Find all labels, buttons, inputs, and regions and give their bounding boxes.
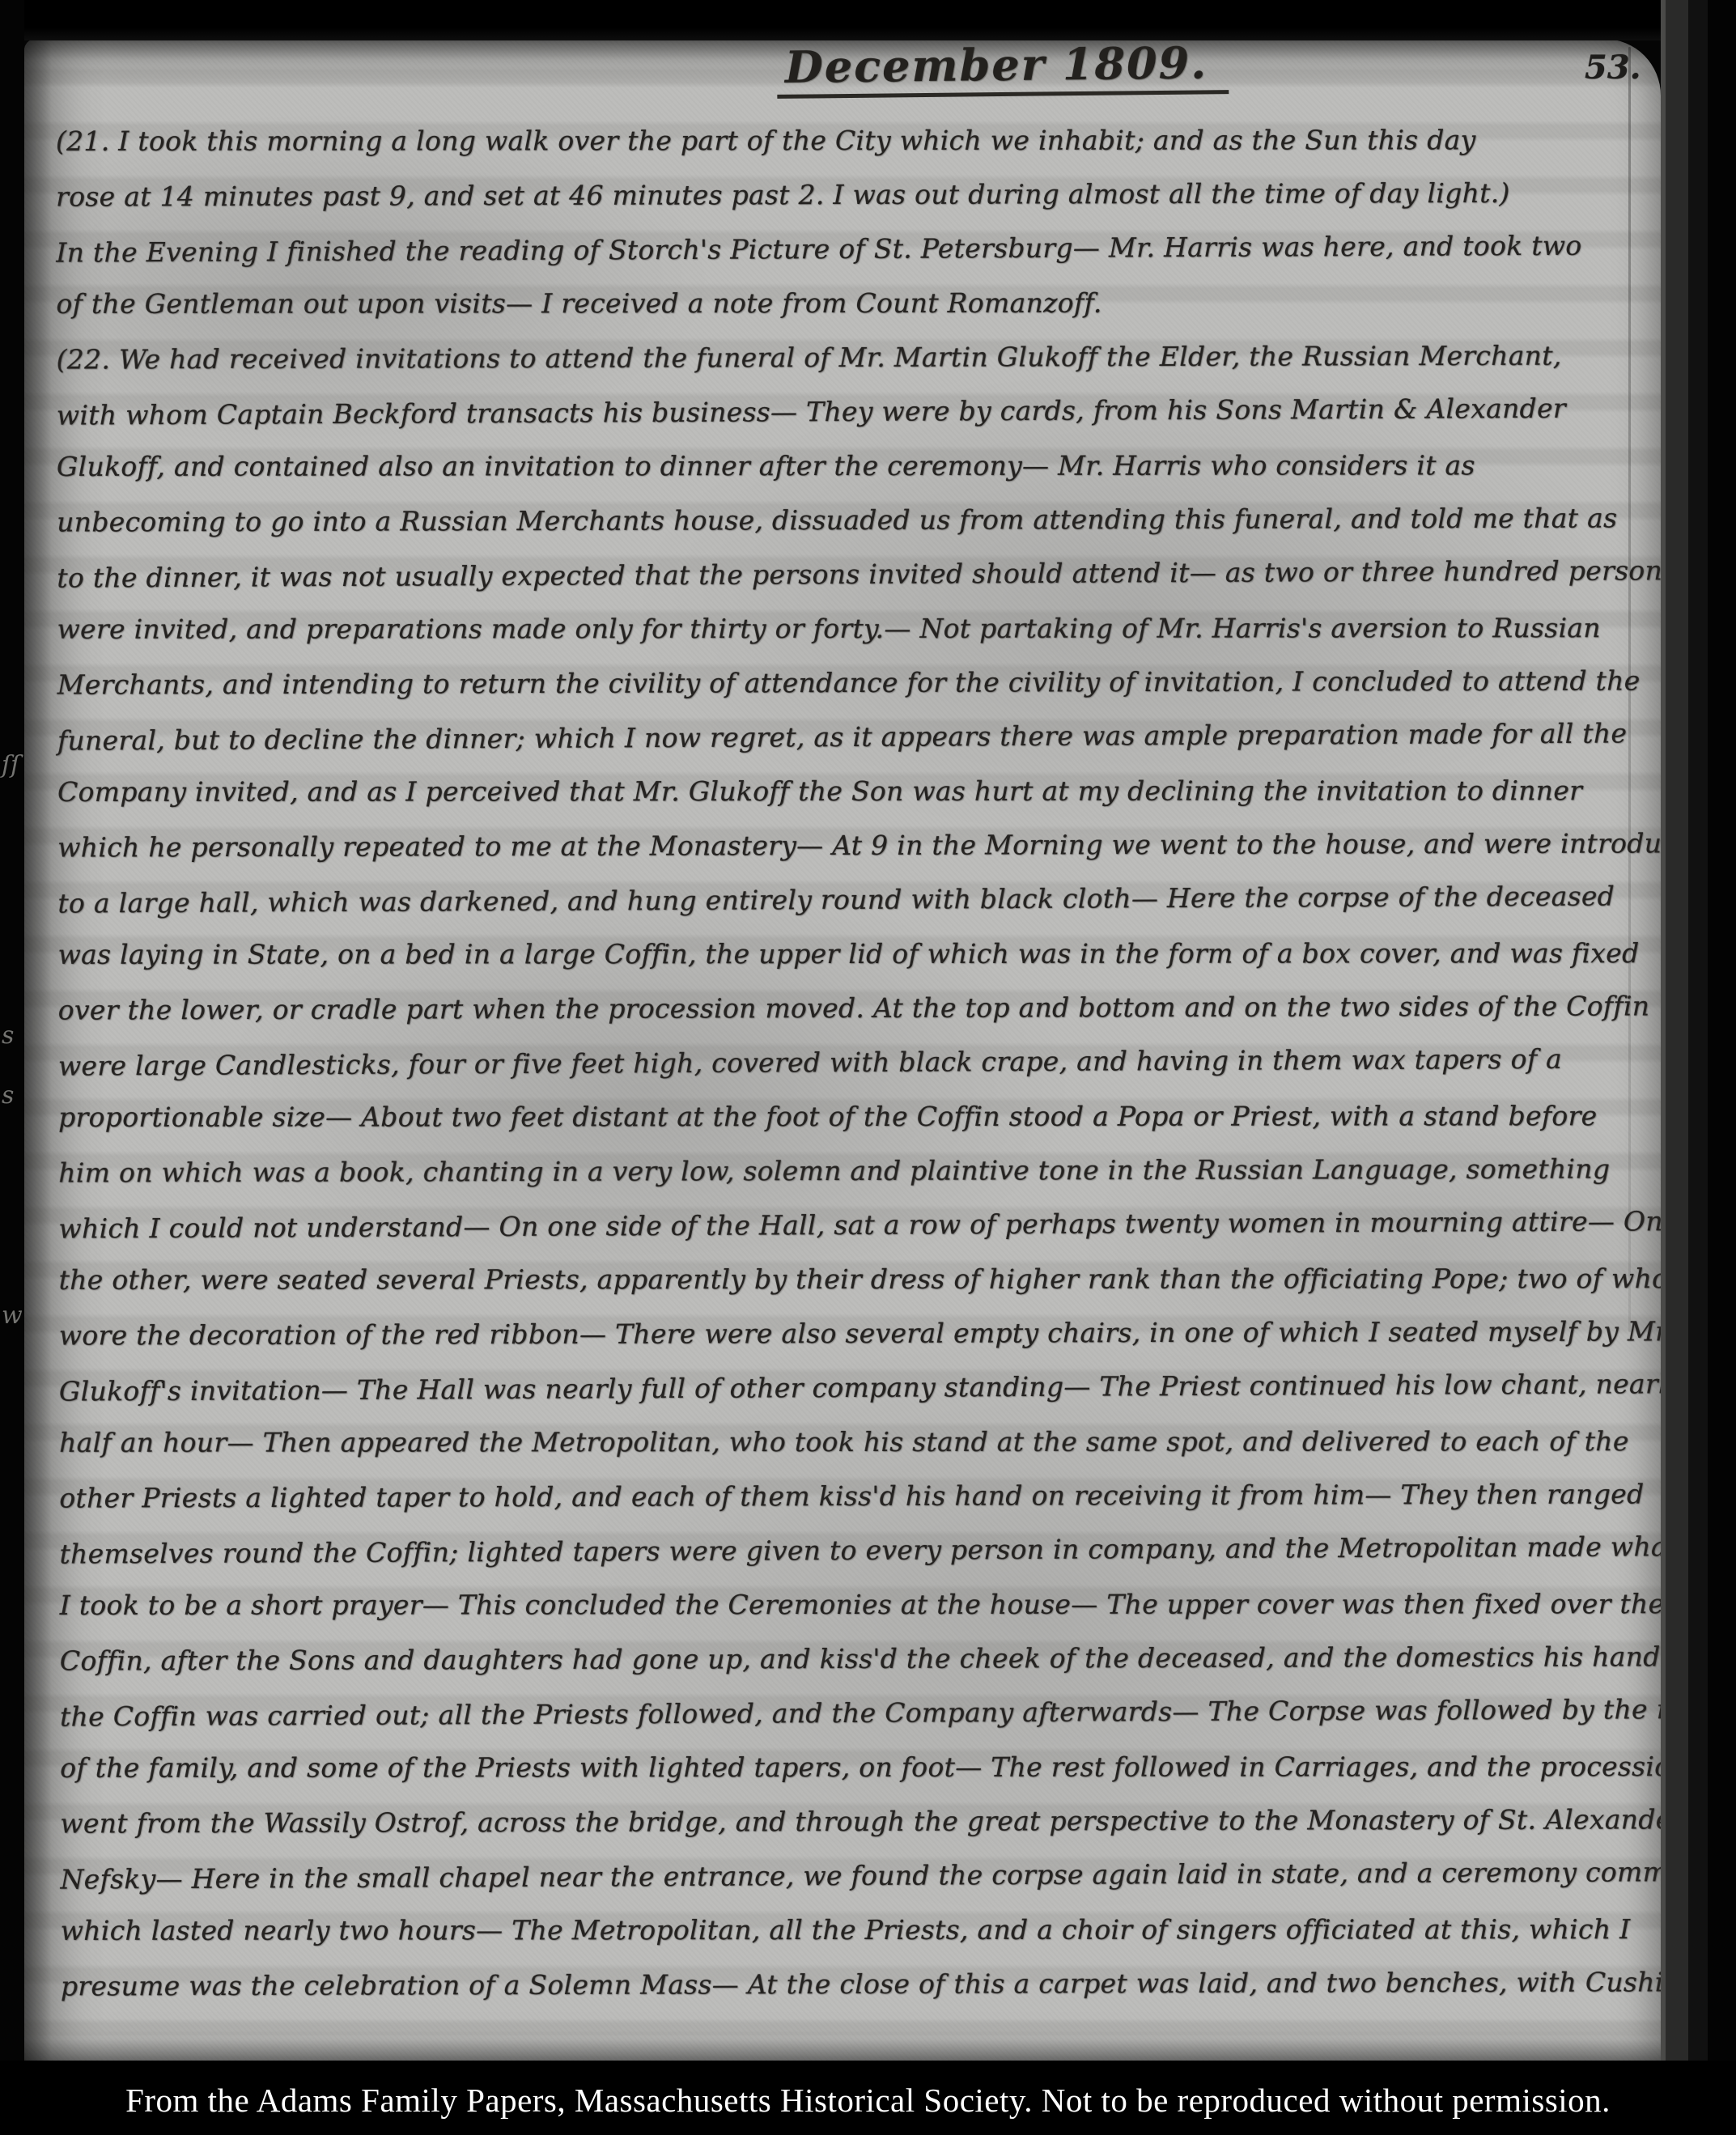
manuscript-line: I took to be a short prayer— This conclu…: [60, 1577, 1640, 1632]
book-page-edges: [1661, 0, 1736, 2135]
manuscript-line: Glukoff's invitation— The Hall was nearl…: [59, 1356, 1639, 1418]
gutter-ghost-mark: w: [2, 1301, 23, 1330]
gutter-ghost-mark: s: [2, 1081, 14, 1110]
manuscript-text: (21. I took this morning a long walk ove…: [56, 111, 1640, 2054]
manuscript-line: half an hour— Then appeared the Metropol…: [59, 1414, 1639, 1470]
manuscript-line: rose at 14 minutes past 9, and set at 46…: [56, 165, 1636, 223]
manuscript-line: over the lower, or cradle part when the …: [58, 978, 1638, 1037]
manuscript-line: of the family, and some of the Priests w…: [60, 1739, 1640, 1795]
manuscript-line: of the Gentleman out upon visits— I rece…: [56, 275, 1636, 331]
manuscript-line: Glukoff, and contained also an invitatio…: [57, 438, 1636, 494]
manuscript-line: themselves round the Coffin; lighted tap…: [59, 1519, 1639, 1581]
manuscript-line: the other, were seated several Priests, …: [59, 1251, 1639, 1307]
book-gutter: ſſ s s w: [0, 0, 24, 2135]
manuscript-line: Merchants, and intending to return the c…: [57, 653, 1637, 711]
gutter-ghost-mark: s: [2, 1021, 14, 1050]
manuscript-line: went from the Wassily Ostrof, across the…: [60, 1792, 1640, 1850]
manuscript-line: him on which was a book, chanting in a v…: [58, 1141, 1638, 1199]
manuscript-line: other Priests a lighted taper to hold, a…: [59, 1466, 1639, 1525]
page-number: 53.: [1585, 49, 1641, 87]
manuscript-line: In the Evening I finished the reading of…: [56, 218, 1636, 279]
manuscript-line: (22. We had received invitations to atte…: [57, 328, 1636, 386]
manuscript-line: which lasted nearly two hours— The Metro…: [61, 1902, 1640, 1958]
manuscript-line: funeral, but to decline the dinner; whic…: [57, 706, 1637, 767]
manuscript-line: to a large hall, which was darkened, and…: [57, 868, 1637, 930]
archive-attribution: From the Adams Family Papers, Massachuse…: [0, 2072, 1736, 2129]
manuscript-line: presume was the celebration of a Solemn …: [61, 1955, 1640, 2013]
scan-border-top: [0, 0, 1736, 40]
manuscript-line: the Coffin was carried out; all the Prie…: [60, 1682, 1640, 1743]
manuscript-line: which he personally repeated to me at th…: [57, 816, 1637, 874]
manuscript-page: December 1809. 53. (21. I took this morn…: [24, 39, 1661, 2061]
manuscript-line: wore the decoration of the red ribbon— T…: [59, 1304, 1639, 1362]
manuscript-line: unbecoming to go into a Russian Merchant…: [57, 490, 1636, 549]
manuscript-line: Coffin, after the Sons and daughters had…: [60, 1629, 1640, 1687]
manuscript-line: which I could not understand— On one sid…: [58, 1194, 1638, 1255]
page-title: December 1809.: [777, 36, 1229, 99]
manuscript-line: were large Candlesticks, four or five fe…: [58, 1031, 1638, 1093]
manuscript-line: were invited, and preparations made only…: [57, 601, 1637, 656]
manuscript-line: proportionable size— About two feet dist…: [58, 1089, 1638, 1144]
manuscript-line: (21. I took this morning a long walk ove…: [56, 112, 1636, 168]
manuscript-line: Nefsky— Here in the small chapel near th…: [60, 1844, 1640, 1906]
manuscript-line: was laying in State, on a bed in a large…: [58, 926, 1638, 982]
manuscript-line: to the dinner, it was not usually expect…: [57, 543, 1636, 605]
manuscript-line: with whom Captain Beckford transacts his…: [57, 380, 1636, 442]
gutter-ghost-mark: ſſ: [2, 751, 19, 779]
manuscript-line: Company invited, and as I perceived that…: [57, 763, 1637, 819]
